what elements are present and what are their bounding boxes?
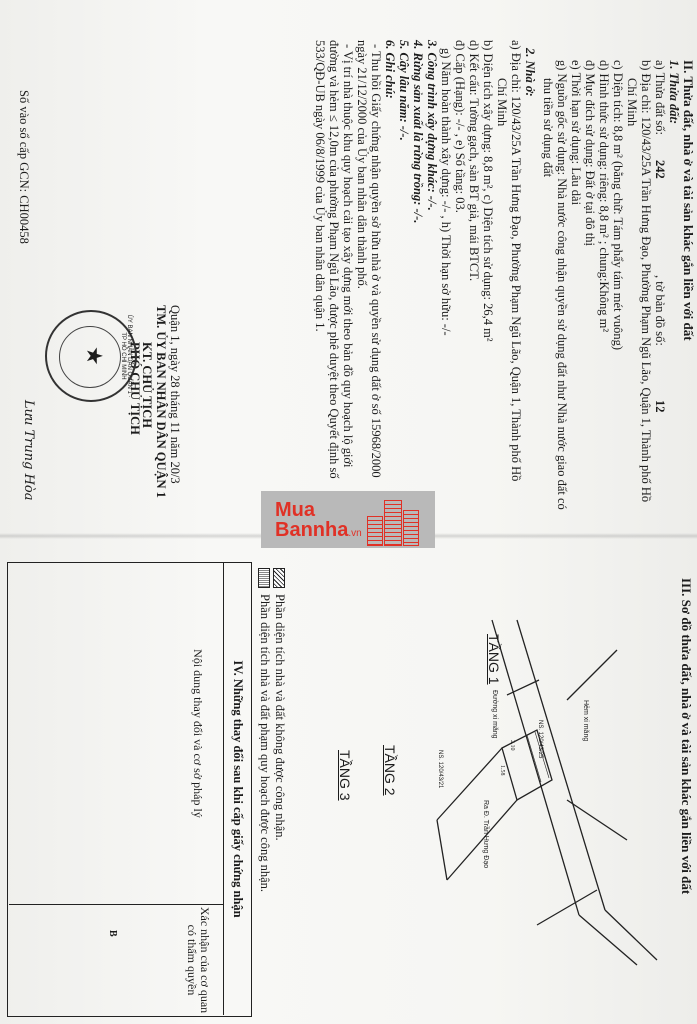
changes-table: IV. Những thay đổi sau khi cấp giấy chứn… bbox=[7, 562, 252, 1017]
completion-year: g) Năm hoàn thành xây dựng: -/- , h) Thờ… bbox=[439, 48, 453, 336]
section-iii-iv-page: III. Sơ đồ thửa đất, nhà ở và tài sản kh… bbox=[0, 540, 697, 1024]
note-line: 533/QĐ-UB ngày 06/8/1999 của Ủy ban nhân… bbox=[313, 40, 327, 332]
hatch-pattern-icon bbox=[273, 568, 285, 588]
usage-origin-cont: thu tiền sử dụng đất bbox=[541, 78, 555, 177]
floor-2-label: TẦNG 2 bbox=[383, 745, 397, 796]
street-label: Đường xi măng bbox=[487, 690, 501, 739]
building-logo-icon bbox=[403, 510, 419, 546]
street-label: Hẻm xi măng bbox=[578, 700, 592, 741]
neighbor-label: NS. 120/43/25 bbox=[533, 720, 547, 758]
building-logo-icon bbox=[384, 500, 402, 546]
floor-1-label: TẦNG 1 bbox=[487, 634, 501, 685]
issue-date: Quận 1, ngày 28 tháng 11 năm 20/3 bbox=[168, 305, 182, 484]
section-ii-page: II. Thửa đất, nhà ở và tài sản khác gắn … bbox=[0, 0, 697, 520]
land-address: b) Địa chỉ: 120/43/25A Trần Hưng Đạo, Ph… bbox=[639, 60, 653, 502]
dotted-pattern-icon bbox=[258, 568, 270, 588]
land-address-cont: Chí Minh bbox=[625, 78, 639, 126]
usage-term: e) Thời hạn sử dụng: Lâu dài bbox=[569, 60, 583, 205]
house-heading: 2. Nhà ở: bbox=[523, 48, 537, 97]
section-ii-title: II. Thửa đất, nhà ở và tài sản khác gắn … bbox=[681, 60, 695, 341]
built-area: b) Diện tích xây dựng: 8,8 m², c) Diện t… bbox=[481, 40, 495, 342]
house-address: a) Địa chỉ: 120/43/25A Trần Hưng Đạo, Ph… bbox=[509, 40, 523, 481]
land-heading: 1. Thửa đất: bbox=[667, 60, 681, 124]
changes-content-column: Nội dung thay đổi và cơ sở pháp lý bbox=[9, 563, 223, 905]
note-line: ngày 21/12/2000 của Ủy ban nhân dân thàn… bbox=[355, 40, 369, 289]
note-line: - Thu hồi Giấy chứng nhận quyền sở hữu n… bbox=[369, 44, 383, 478]
parcel-number: 242 bbox=[653, 160, 667, 179]
building-logo-icon bbox=[367, 516, 383, 546]
changes-content-header: Nội dung thay đổi và cơ sở pháp lý bbox=[191, 649, 205, 818]
authority-confirmation-column: Xác nhận của cơ quan có thẩm quyền bbox=[9, 905, 223, 1015]
house-structure: d) Kết cấu: Tường gạch, sàn BT giả, mái … bbox=[467, 40, 481, 281]
other-construction: 3. Công trình xây dựng khác: -/-. bbox=[425, 40, 439, 211]
mua-ban-nha-watermark: Mua Bannha.vn bbox=[261, 491, 435, 548]
legend-item-dots: Phần diện tích nhà và đất phạm quy hoạch… bbox=[258, 568, 272, 892]
map-sheet-number: 12 bbox=[653, 400, 667, 413]
star-icon: ★ bbox=[83, 346, 105, 366]
neighbor-label: NS. 120/43/21 bbox=[433, 750, 447, 788]
map-sheet-label: , tờ bản đồ số: bbox=[653, 275, 667, 346]
section-iii-title: III. Sơ đồ thửa đất, nhà ở và tài sản kh… bbox=[679, 578, 693, 894]
parcel-label: a) Thửa đất số: bbox=[653, 60, 667, 135]
issuing-authority: TM. ỦY BAN NHÂN DÂN QUẬN 1 bbox=[154, 305, 168, 498]
street-label: Ra Đ. Trần Hưng Đạo bbox=[478, 800, 492, 868]
perennial-trees: 5. Cây lâu năm: -/-. bbox=[397, 40, 411, 141]
house-grade: đ) Cấp (Hạng): -/- , e) Số tầng: 03. bbox=[453, 40, 467, 213]
usage-purpose: đ) Mục đích sử dụng: Đất ở tại đô thị bbox=[583, 60, 597, 246]
signer-name: Lưu Trung Hòa bbox=[21, 400, 35, 501]
registry-number: Số vào sổ cấp GCN: CH00458 bbox=[17, 90, 31, 244]
forest: 4. Rừng sản xuất là rừng trồng: -/-. bbox=[411, 40, 425, 223]
note-line: đường và hẻm ≤ 12,0m của phường Phạm Ngũ… bbox=[327, 40, 341, 479]
notes-heading: 6. Ghi chú: bbox=[383, 40, 397, 99]
section-iv-title: IV. Những thay đổi sau khi cấp giấy chứn… bbox=[223, 563, 251, 1015]
dimension-label: 1.58 bbox=[495, 765, 509, 776]
kt-chairman: KT. CHỦ TỊCH bbox=[140, 342, 154, 428]
note-line: - Vị trí nhà thuộc khu quy hoạch cải tạo… bbox=[341, 44, 355, 468]
usage-origin: g) Nguồn gốc sử dụng: Nhà nước công nhận… bbox=[555, 60, 569, 510]
usage-form: d) Hình thức sử dụng: riêng: 8,8 m² ; ch… bbox=[597, 60, 611, 332]
land-area: c) Diện tích: 8,8 m² (bằng chữ: Tám phẩy… bbox=[611, 60, 625, 350]
official-stamp: ỦY BAN NHÂN DÂN QUẬN 1 · TP HỒ CHÍ MINH … bbox=[45, 310, 137, 402]
site-plan-diagram bbox=[407, 580, 667, 1020]
floor-3-label: TẦNG 3 bbox=[338, 750, 352, 801]
dimension-label: 2.10 bbox=[505, 740, 519, 751]
legend-item-hatch: Phần diện tích nhà và đất không được côn… bbox=[273, 568, 287, 841]
house-address-cont: Chí Minh bbox=[495, 78, 509, 126]
